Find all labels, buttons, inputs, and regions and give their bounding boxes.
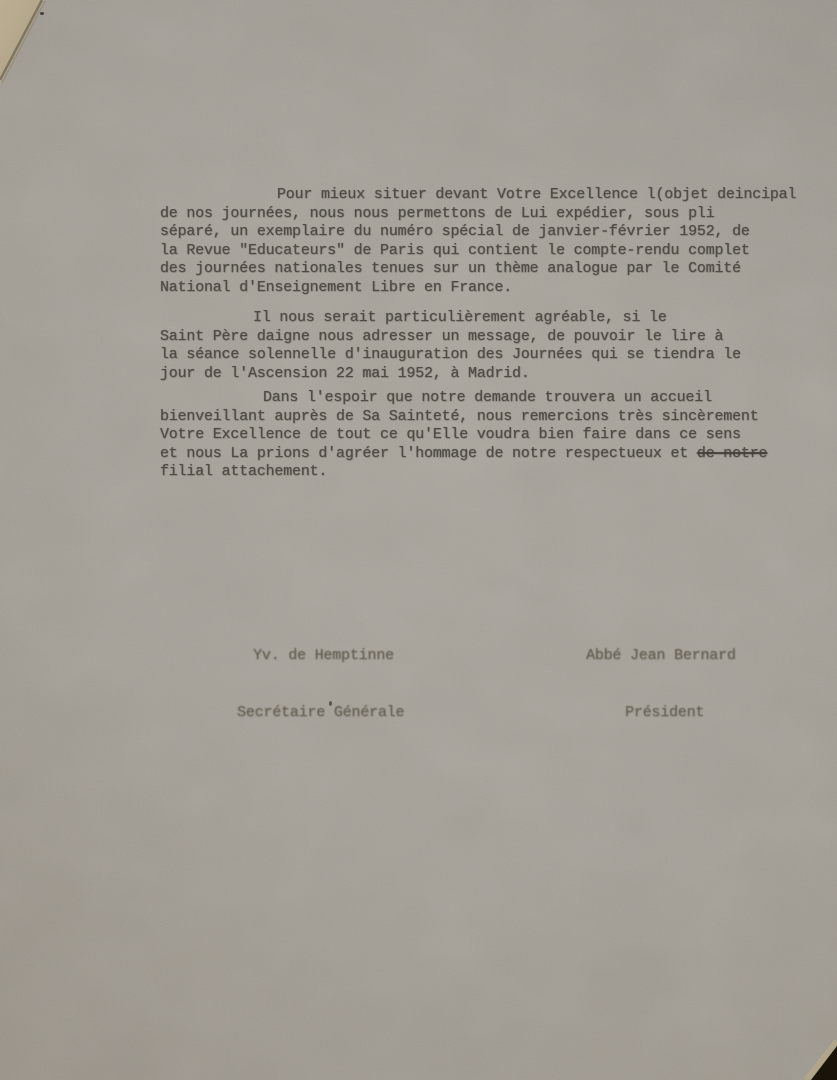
paper-speck: [40, 12, 44, 15]
letter-line: la séance solennelle d'inauguration des …: [160, 346, 837, 365]
paragraph-1: Pour mieux situer devant Votre Excellenc…: [160, 186, 837, 297]
letter-body: Pour mieux situer devant Votre Excellenc…: [160, 186, 837, 494]
signature-block-president: Abbé Jean Bernard Président: [586, 608, 736, 760]
paragraph-2: Il nous serait particulièrement agréable…: [160, 309, 837, 383]
letter-line: Il nous serait particulièrement agréable…: [160, 309, 837, 328]
letter-line: de nos journées, nous nous permettons de…: [160, 205, 837, 224]
paragraph-3: Dans l'espoir que notre demande trouvera…: [160, 389, 837, 482]
signature-block-secretary: Yv. de Hemptinne Secrétaire Générale: [237, 608, 404, 760]
letter-line: Pour mieux situer devant Votre Excellenc…: [160, 186, 837, 205]
letter-line: bienveillant auprès de Sa Sainteté, nous…: [160, 408, 837, 427]
paper-grain-texture: [0, 0, 837, 1080]
letter-line: jour de l'Ascension 22 mai 1952, à Madri…: [160, 365, 837, 384]
letter-line: National d'Enseignement Libre en France.: [160, 279, 837, 298]
letter-line-with-strikethrough: et nous La prions d'agréer l'hommage de …: [160, 445, 837, 464]
letter-line: séparé, un exemplaire du numéro spécial …: [160, 223, 837, 242]
clipped-corner-bottom-right: [793, 1024, 837, 1080]
president-name: Abbé Jean Bernard: [586, 646, 736, 665]
secretary-name: Yv. de Hemptinne: [237, 646, 404, 665]
line-text: et nous La prions d'agréer l'hommage de …: [160, 445, 697, 462]
president-title: Président: [586, 703, 736, 722]
letter-line: la Revue "Educateurs" de Paris qui conti…: [160, 242, 837, 261]
letter-line: Dans l'espoir que notre demande trouvera…: [160, 389, 837, 408]
struck-out-text: de notre: [697, 445, 767, 462]
letter-line: Saint Père daigne nous adresser un messa…: [160, 328, 837, 347]
letter-line: des journées nationales tenues sur un th…: [160, 260, 837, 279]
letter-line: filial attachement.: [160, 463, 837, 482]
folded-corner-top-left: [0, 0, 70, 110]
letter-line: Votre Excellence de tout ce qu'Elle voud…: [160, 426, 837, 445]
letter-page: Pour mieux situer devant Votre Excellenc…: [0, 0, 837, 1080]
secretary-title: Secrétaire Générale: [237, 703, 404, 722]
